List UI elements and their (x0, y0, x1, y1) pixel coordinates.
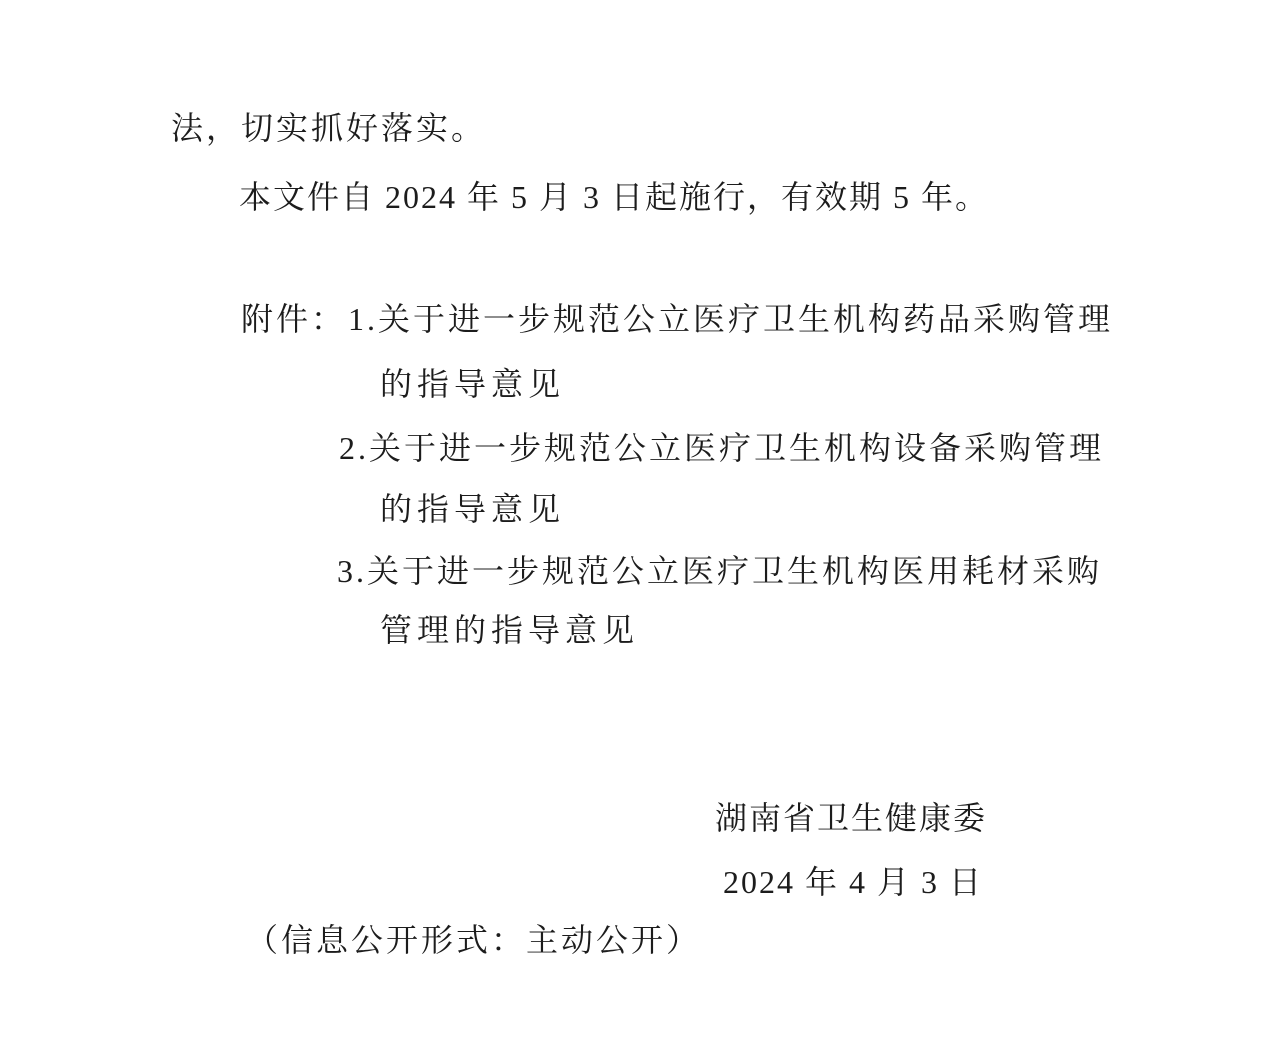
attachment-item-2-line-2: 的指导意见 (380, 491, 565, 528)
attachment-item-3-line-1: 3.关于进一步规范公立医疗卫生机构医用耗材采购 (337, 553, 1102, 590)
attachment-item-3-line-2: 管理的指导意见 (380, 612, 639, 649)
attachment-1-title-part-1: 1.关于进一步规范公立医疗卫生机构药品采购管理 (348, 301, 1113, 337)
signature-date: 2024 年 4 月 3 日 (723, 864, 983, 901)
effective-date-line: 本文件自 2024 年 5 月 3 日起施行，有效期 5 年。 (239, 179, 989, 216)
disclosure-note: （信息公开形式：主动公开） (246, 922, 701, 959)
attachments-label: 附件： (241, 301, 346, 337)
closing-sentence-line: 法，切实抓好落实。 (171, 110, 486, 147)
attachment-item-1-line-2: 的指导意见 (380, 366, 565, 403)
attachment-item-2-line-1: 2.关于进一步规范公立医疗卫生机构设备采购管理 (339, 430, 1104, 467)
document-page: 法，切实抓好落实。 本文件自 2024 年 5 月 3 日起施行，有效期 5 年… (0, 0, 1280, 1037)
signature-organization: 湖南省卫生健康委 (715, 800, 987, 837)
attachment-item-1-line-1: 附件：1.关于进一步规范公立医疗卫生机构药品采购管理 (241, 301, 1113, 338)
